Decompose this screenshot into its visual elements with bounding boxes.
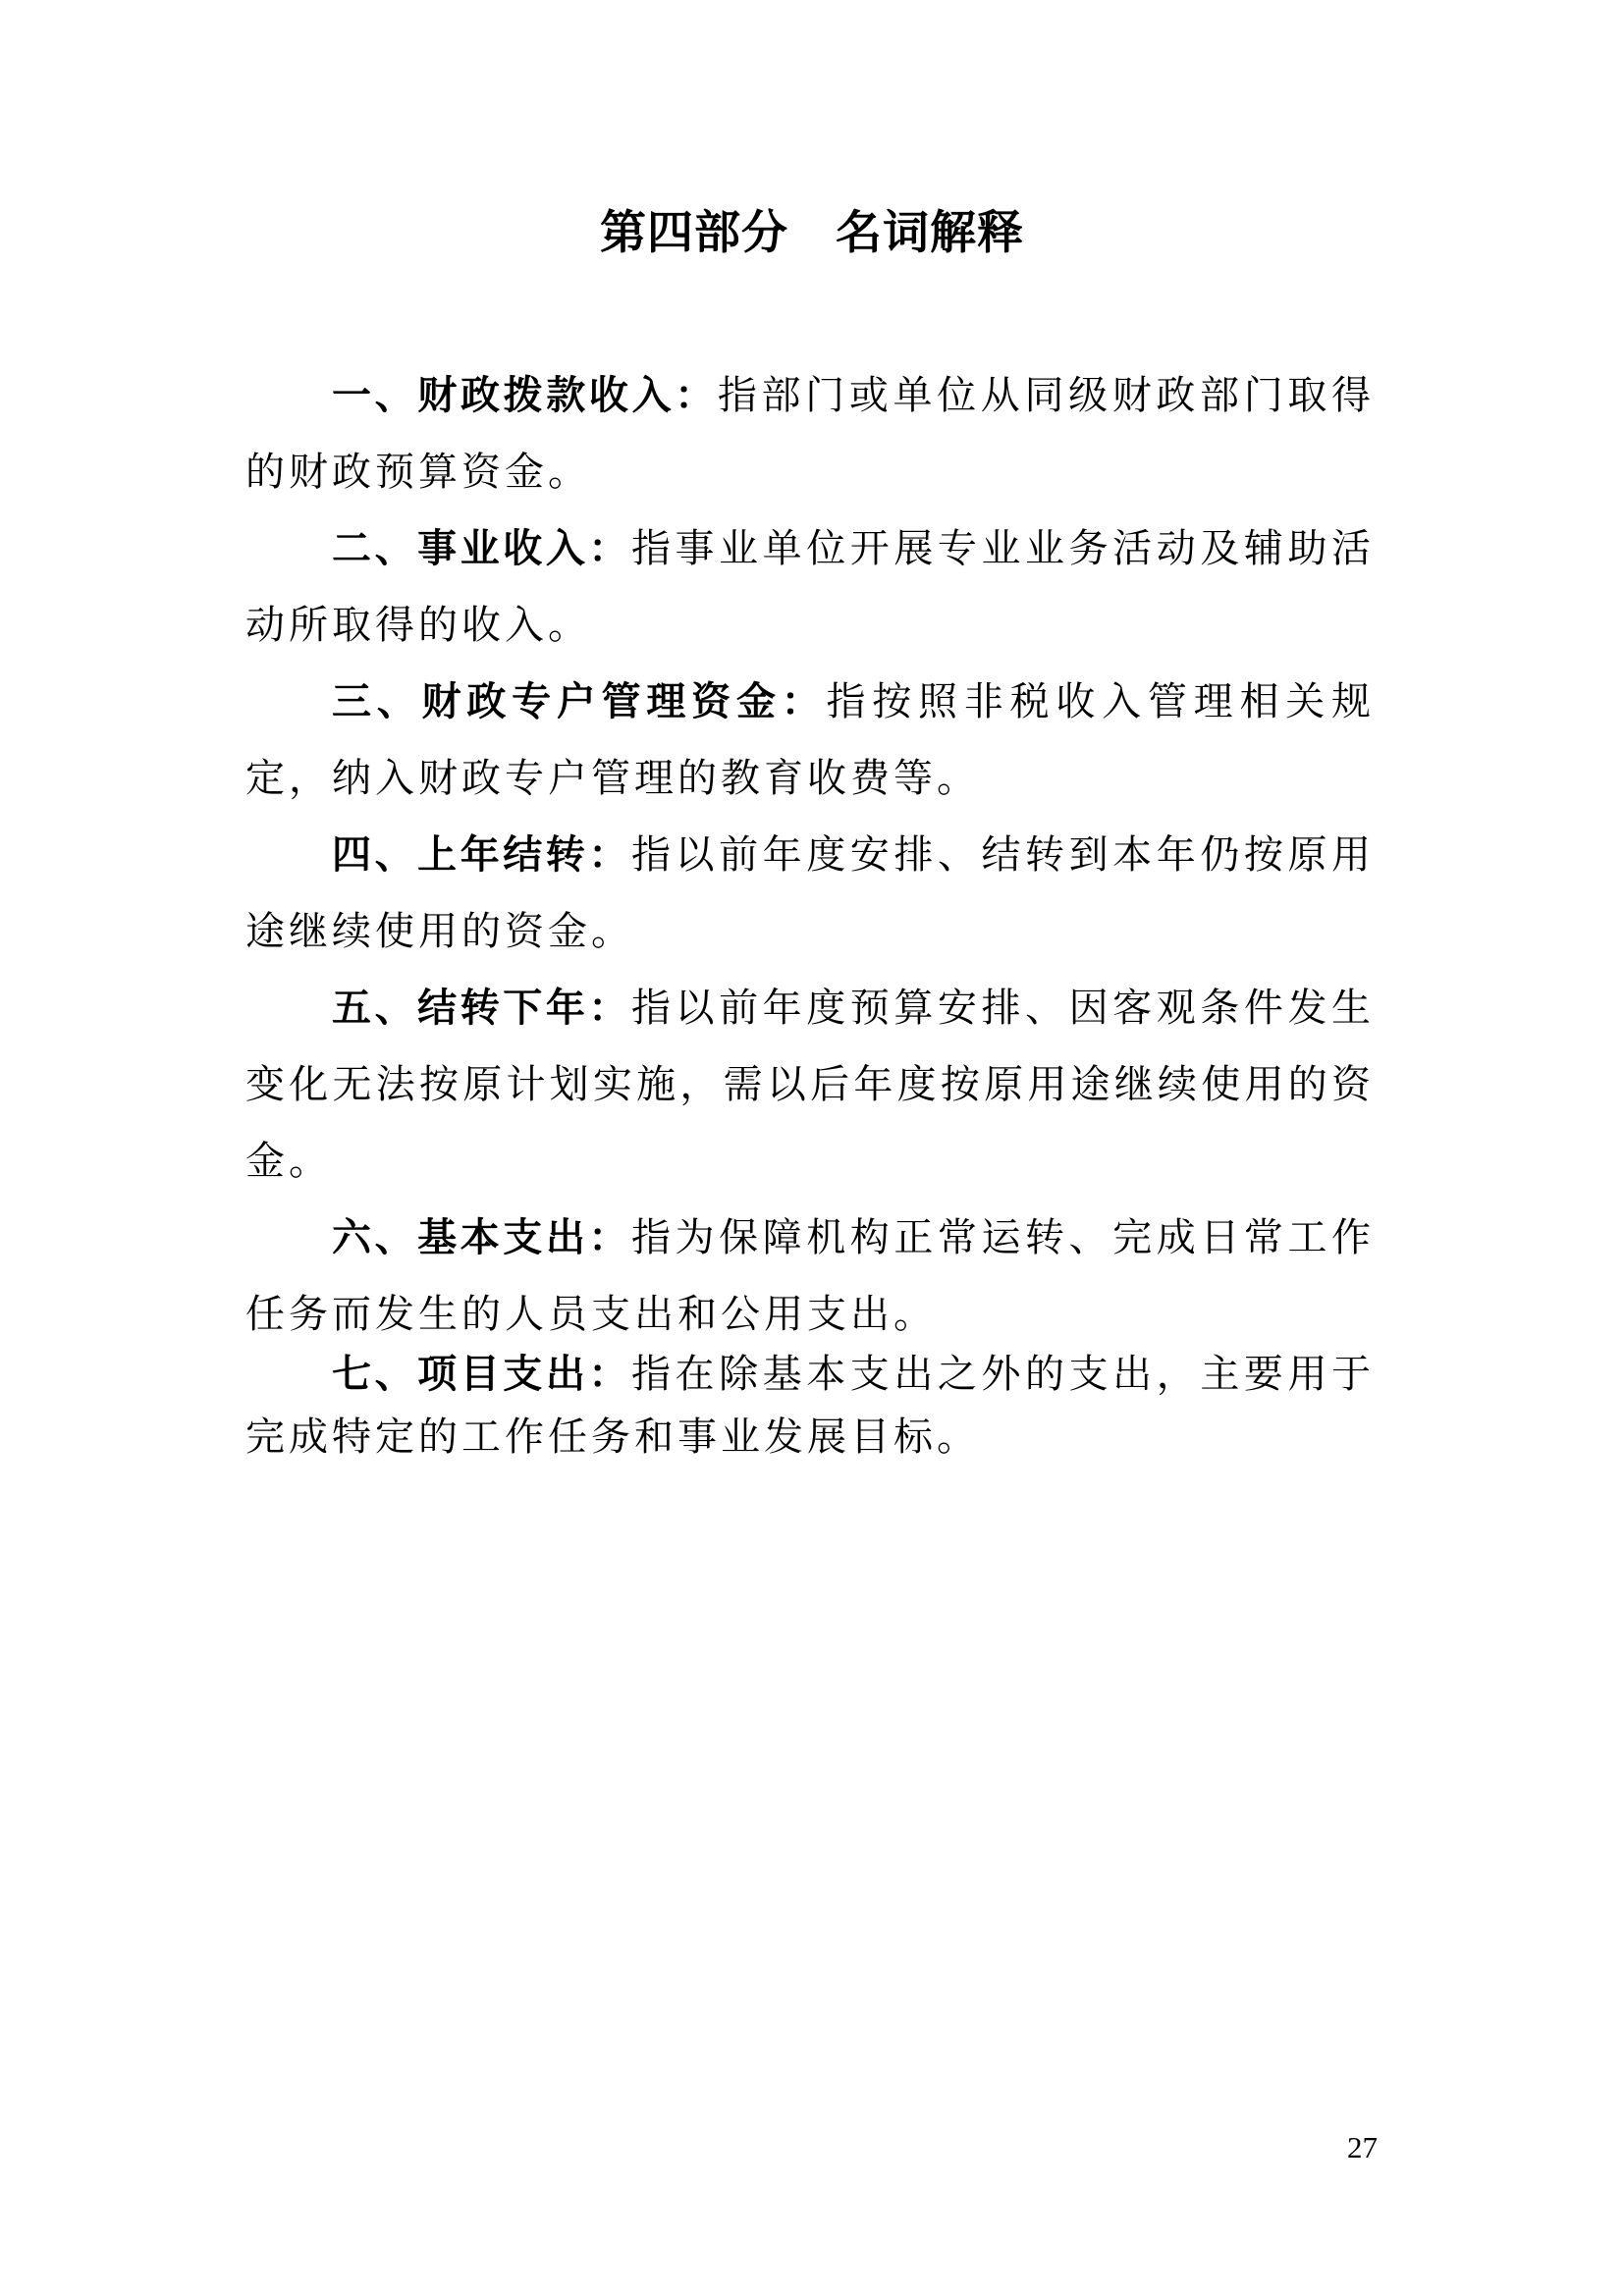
page-number: 27 bbox=[1347, 2128, 1378, 2167]
definition-term: 七、项目支出： bbox=[332, 1353, 631, 1396]
definitions-section: 一、财政拨款收入：指部门或单位从同级财政部门取得的财政预算资金。 二、事业收入：… bbox=[245, 357, 1375, 1468]
definition-item-7: 七、项目支出：指在除基本支出之外的支出，主要用于完成特定的工作任务和事业发展目标… bbox=[245, 1343, 1375, 1468]
definition-term: 四、上年结转： bbox=[332, 833, 631, 877]
page-title: 第四部分 名词解释 bbox=[0, 202, 1624, 263]
definition-term: 一、财政拨款收入： bbox=[332, 374, 718, 417]
definition-item-3: 三、财政专户管理资金：指按照非税收入管理相关规定，纳入财政专户管理的教育收费等。 bbox=[245, 664, 1375, 817]
definition-term: 六、基本支出： bbox=[332, 1216, 631, 1259]
definition-item-1: 一、财政拨款收入：指部门或单位从同级财政部门取得的财政预算资金。 bbox=[245, 357, 1375, 510]
definition-item-4: 四、上年结转：指以前年度安排、结转到本年仍按原用途继续使用的资金。 bbox=[245, 817, 1375, 970]
definition-term: 五、结转下年： bbox=[332, 987, 631, 1030]
definition-item-6: 六、基本支出：指为保障机构正常运转、完成日常工作任务而发生的人员支出和公用支出。 bbox=[245, 1200, 1375, 1353]
definition-term: 三、财政专户管理资金： bbox=[332, 680, 827, 723]
definition-item-2: 二、事业收入：指事业单位开展专业业务活动及辅助活动所取得的收入。 bbox=[245, 510, 1375, 664]
definition-term: 二、事业收入： bbox=[332, 527, 631, 570]
definition-item-5: 五、结转下年：指以前年度预算安排、因客观条件发生变化无法按原计划实施，需以后年度… bbox=[245, 970, 1375, 1200]
